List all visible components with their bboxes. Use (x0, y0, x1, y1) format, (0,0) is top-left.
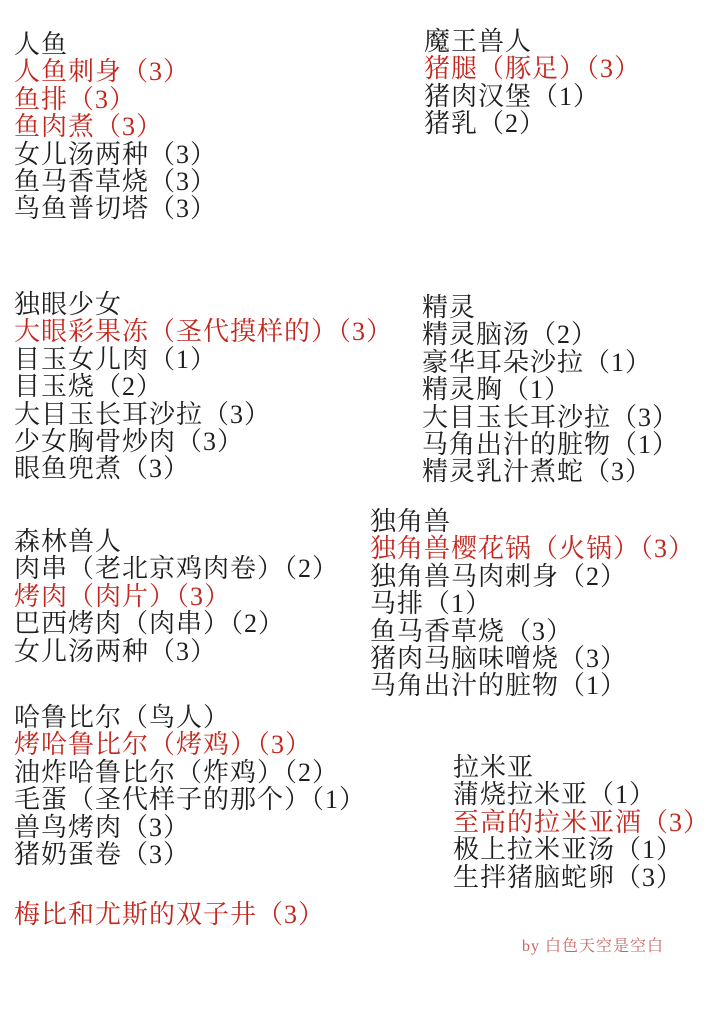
menu-item: 鱼马香草烧（3） (370, 618, 695, 645)
section-elf: 精灵 精灵脑汤（2）豪华耳朵沙拉（1）精灵胸（1）大目玉长耳沙拉（3）马角出汁的… (422, 294, 679, 486)
menu-item: 马角出汁的脏物（1） (422, 431, 679, 458)
section-title: 人鱼 (14, 31, 217, 58)
menu-item: 极上拉米亚汤（1） (453, 836, 710, 863)
section-items: 人鱼刺身（3）鱼排（3）鱼肉煮（3）女儿汤两种（3）鱼马香草烧（3）鸟鱼普切塔（… (14, 58, 217, 222)
menu-item: 目玉女儿肉（1） (14, 346, 393, 373)
menu-item: 猪肉汉堡（1） (424, 83, 641, 110)
author-credit: by 白色天空是空白 (522, 933, 664, 956)
menu-item: 马排（1） (370, 590, 695, 617)
section-items: 精灵脑汤（2）豪华耳朵沙拉（1）精灵胸（1）大目玉长耳沙拉（3）马角出汁的脏物（… (422, 321, 679, 485)
menu-item: 独角兽樱花锅（火锅）（3） (370, 535, 695, 562)
section-mermaid: 人鱼 人鱼刺身（3）鱼排（3）鱼肉煮（3）女儿汤两种（3）鱼马香草烧（3）鸟鱼普… (14, 31, 217, 223)
menu-item: 烤肉（肉片）（3） (14, 583, 339, 610)
menu-item: 猪乳（2） (424, 110, 641, 137)
section-title: 精灵 (422, 294, 679, 321)
menu-item: 大目玉长耳沙拉（3） (14, 401, 393, 428)
menu-item: 巴西烤肉（肉串）（2） (14, 610, 339, 637)
menu-item: 肉串（老北京鸡肉卷）（2） (14, 555, 339, 582)
menu-item: 烤哈鲁比尔（烤鸡）（3） (14, 731, 366, 758)
section-harpy: 哈鲁比尔（鸟人） 烤哈鲁比尔（烤鸡）（3）油炸哈鲁比尔（炸鸡）（2）毛蛋（圣代样… (14, 704, 366, 868)
menu-item: 眼鱼兜煮（3） (14, 455, 393, 482)
menu-item: 兽鸟烤肉（3） (14, 814, 366, 841)
section-cyclops-girl: 独眼少女 大眼彩果冻（圣代摸样的）（3）目玉女儿肉（1）目玉烧（2）大目玉长耳沙… (14, 291, 393, 483)
menu-item: 精灵胸（1） (422, 376, 679, 403)
section-title: 魔王兽人 (424, 28, 641, 55)
menu-item: 鱼排（3） (14, 86, 217, 113)
menu-item: 目玉烧（2） (14, 373, 393, 400)
menu-item: 马角出汁的脏物（1） (370, 672, 695, 699)
menu-item: 大眼彩果冻（圣代摸样的）（3） (14, 318, 393, 345)
section-items: 蒲烧拉米亚（1）至高的拉米亚酒（3）极上拉米亚汤（1）生拌猪脑蛇卵（3） (453, 781, 710, 891)
menu-item: 鱼马香草烧（3） (14, 168, 217, 195)
menu-item: 少女胸骨炒肉（3） (14, 428, 393, 455)
menu-item: 毛蛋（圣代样子的那个）（1） (14, 786, 366, 813)
section-title: 拉米亚 (453, 754, 710, 781)
menu-item: 独角兽马肉刺身（2） (370, 563, 695, 590)
section-title: 森林兽人 (14, 528, 339, 555)
menu-item: 豪华耳朵沙拉（1） (422, 349, 679, 376)
menu-item: 油炸哈鲁比尔（炸鸡）（2） (14, 759, 366, 786)
menu-item: 人鱼刺身（3） (14, 58, 217, 85)
section-items: 烤哈鲁比尔（烤鸡）（3）油炸哈鲁比尔（炸鸡）（2）毛蛋（圣代样子的那个）（1）兽… (14, 731, 366, 868)
section-items: 独角兽樱花锅（火锅）（3）独角兽马肉刺身（2）马排（1）鱼马香草烧（3）猪肉马脑… (370, 535, 695, 699)
twin-well-line: 梅比和尤斯的双子井（3） (14, 901, 325, 928)
menu-item: 蒲烧拉米亚（1） (453, 781, 710, 808)
section-items: 猪腿（豚足）（3）猪肉汉堡（1）猪乳（2） (424, 55, 641, 137)
menu-item: 猪腿（豚足）（3） (424, 55, 641, 82)
menu-item: 猪肉马脑味噌烧（3） (370, 645, 695, 672)
section-title: 独角兽 (370, 508, 695, 535)
menu-item: 生拌猪脑蛇卵（3） (453, 864, 710, 891)
menu-item: 大目玉长耳沙拉（3） (422, 404, 679, 431)
menu-item: 鱼肉煮（3） (14, 113, 217, 140)
menu-item: 精灵脑汤（2） (422, 321, 679, 348)
section-demon-beastman: 魔王兽人 猪腿（豚足）（3）猪肉汉堡（1）猪乳（2） (424, 28, 641, 138)
section-items: 大眼彩果冻（圣代摸样的）（3）目玉女儿肉（1）目玉烧（2）大目玉长耳沙拉（3）少… (14, 318, 393, 482)
section-title: 哈鲁比尔（鸟人） (14, 704, 366, 731)
section-title: 独眼少女 (14, 291, 393, 318)
section-lamia: 拉米亚 蒲烧拉米亚（1）至高的拉米亚酒（3）极上拉米亚汤（1）生拌猪脑蛇卵（3） (453, 754, 710, 891)
menu-item: 女儿汤两种（3） (14, 141, 217, 168)
menu-item: 女儿汤两种（3） (14, 638, 339, 665)
menu-item: 至高的拉米亚酒（3） (453, 809, 710, 836)
menu-page: 人鱼 人鱼刺身（3）鱼排（3）鱼肉煮（3）女儿汤两种（3）鱼马香草烧（3）鸟鱼普… (0, 0, 723, 1024)
section-unicorn: 独角兽 独角兽樱花锅（火锅）（3）独角兽马肉刺身（2）马排（1）鱼马香草烧（3）… (370, 508, 695, 700)
menu-item: 鸟鱼普切塔（3） (14, 195, 217, 222)
section-forest-beastman: 森林兽人 肉串（老北京鸡肉卷）（2）烤肉（肉片）（3）巴西烤肉（肉串）（2）女儿… (14, 528, 339, 665)
menu-item: 精灵乳汁煮蛇（3） (422, 458, 679, 485)
menu-item: 梅比和尤斯的双子井（3） (14, 901, 325, 928)
section-items: 肉串（老北京鸡肉卷）（2）烤肉（肉片）（3）巴西烤肉（肉串）（2）女儿汤两种（3… (14, 555, 339, 665)
menu-item: 猪奶蛋卷（3） (14, 841, 366, 868)
